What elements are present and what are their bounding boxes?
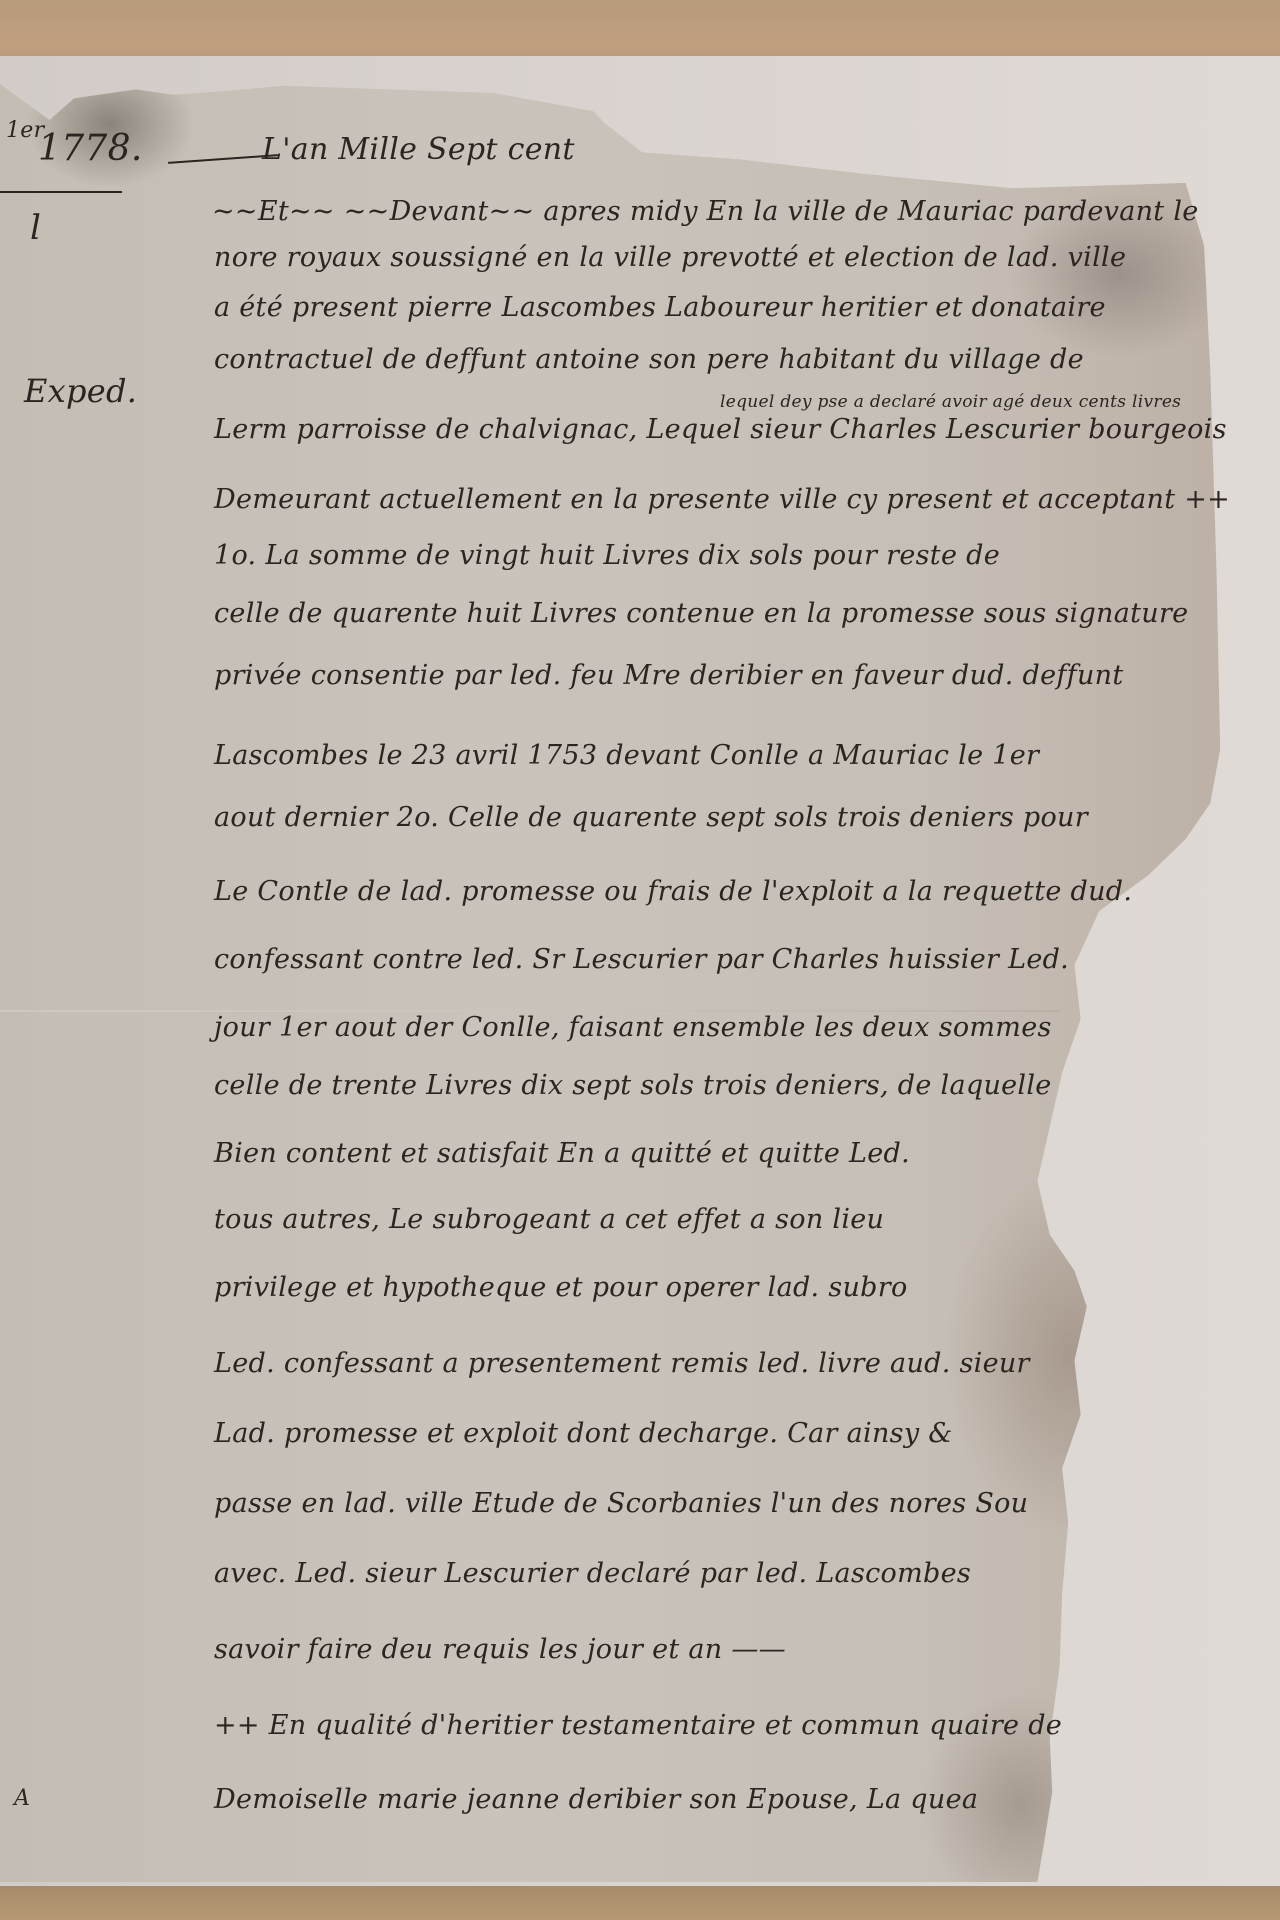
margin-rule	[0, 191, 122, 193]
manuscript-line: tous autres, Le subrogeant a cet effet a…	[214, 1204, 884, 1235]
manuscript-line: celle de trente Livres dix sept sols tro…	[214, 1070, 1052, 1101]
manuscript-line: savoir faire deu requis les jour et an —…	[214, 1634, 786, 1665]
manuscript-line: Led. confessant a presentement remis led…	[214, 1348, 1030, 1379]
document-heading: L'an Mille Sept cent	[262, 132, 575, 167]
manuscript-line: privilege et hypotheque et pour operer l…	[214, 1272, 908, 1303]
manuscript-line: contractuel de deffunt antoine son pere …	[214, 344, 1084, 375]
manuscript-line: Bien content et satisfait En a quitté et…	[214, 1138, 910, 1169]
manuscript-line: Demeurant actuellement en la presente vi…	[214, 484, 1230, 515]
manuscript-line: avec. Led. sieur Lescurier declaré par l…	[214, 1558, 971, 1589]
manuscript-line: privée consentie par led. feu Mre deribi…	[214, 660, 1123, 691]
manuscript-line: Le Contle de lad. promesse ou frais de l…	[214, 876, 1132, 907]
manuscript-line: ++ En qualité d'heritier testamentaire e…	[214, 1710, 1062, 1741]
manuscript-line: passe en lad. ville Etude de Scorbanies …	[214, 1488, 1028, 1519]
margin-year: 1778.	[38, 128, 143, 169]
manuscript-line: Lascombes le 23 avril 1753 devant Conlle…	[214, 740, 1039, 771]
manuscript-line: confessant contre led. Sr Lescurier par …	[214, 944, 1069, 975]
backing-board-top	[0, 0, 1280, 62]
manuscript-line: ~~Et~~ ~~Devant~~ apres midy En la ville…	[212, 196, 1199, 227]
manuscript-line: Demoiselle marie jeanne deribier son Epo…	[214, 1784, 978, 1815]
manuscript-line: a été present pierre Lascombes Laboureur…	[214, 292, 1106, 323]
manuscript-line: Lerm parroisse de chalvignac, Lequel sie…	[214, 414, 1227, 445]
margin-note-l: l	[30, 208, 41, 248]
manuscript-line: nore royaux soussigné en la ville prevot…	[214, 242, 1126, 273]
manuscript-line: celle de quarente huit Livres contenue e…	[214, 598, 1188, 629]
manuscript-line: 1o. La somme de vingt huit Livres dix so…	[214, 540, 1000, 571]
interlinear-insertion: lequel dey pse a declaré avoir agé deux …	[720, 392, 1181, 412]
manuscript-line: Lad. promesse et exploit dont decharge. …	[214, 1418, 953, 1449]
margin-bottom-mark: A	[14, 1786, 30, 1811]
manuscript-line: jour 1er aout der Conlle, faisant ensemb…	[214, 1012, 1052, 1043]
margin-exped: Exped.	[24, 372, 137, 410]
manuscript-line: aout dernier 2o. Celle de quarente sept …	[214, 802, 1088, 833]
backing-board-bottom	[0, 1886, 1280, 1920]
